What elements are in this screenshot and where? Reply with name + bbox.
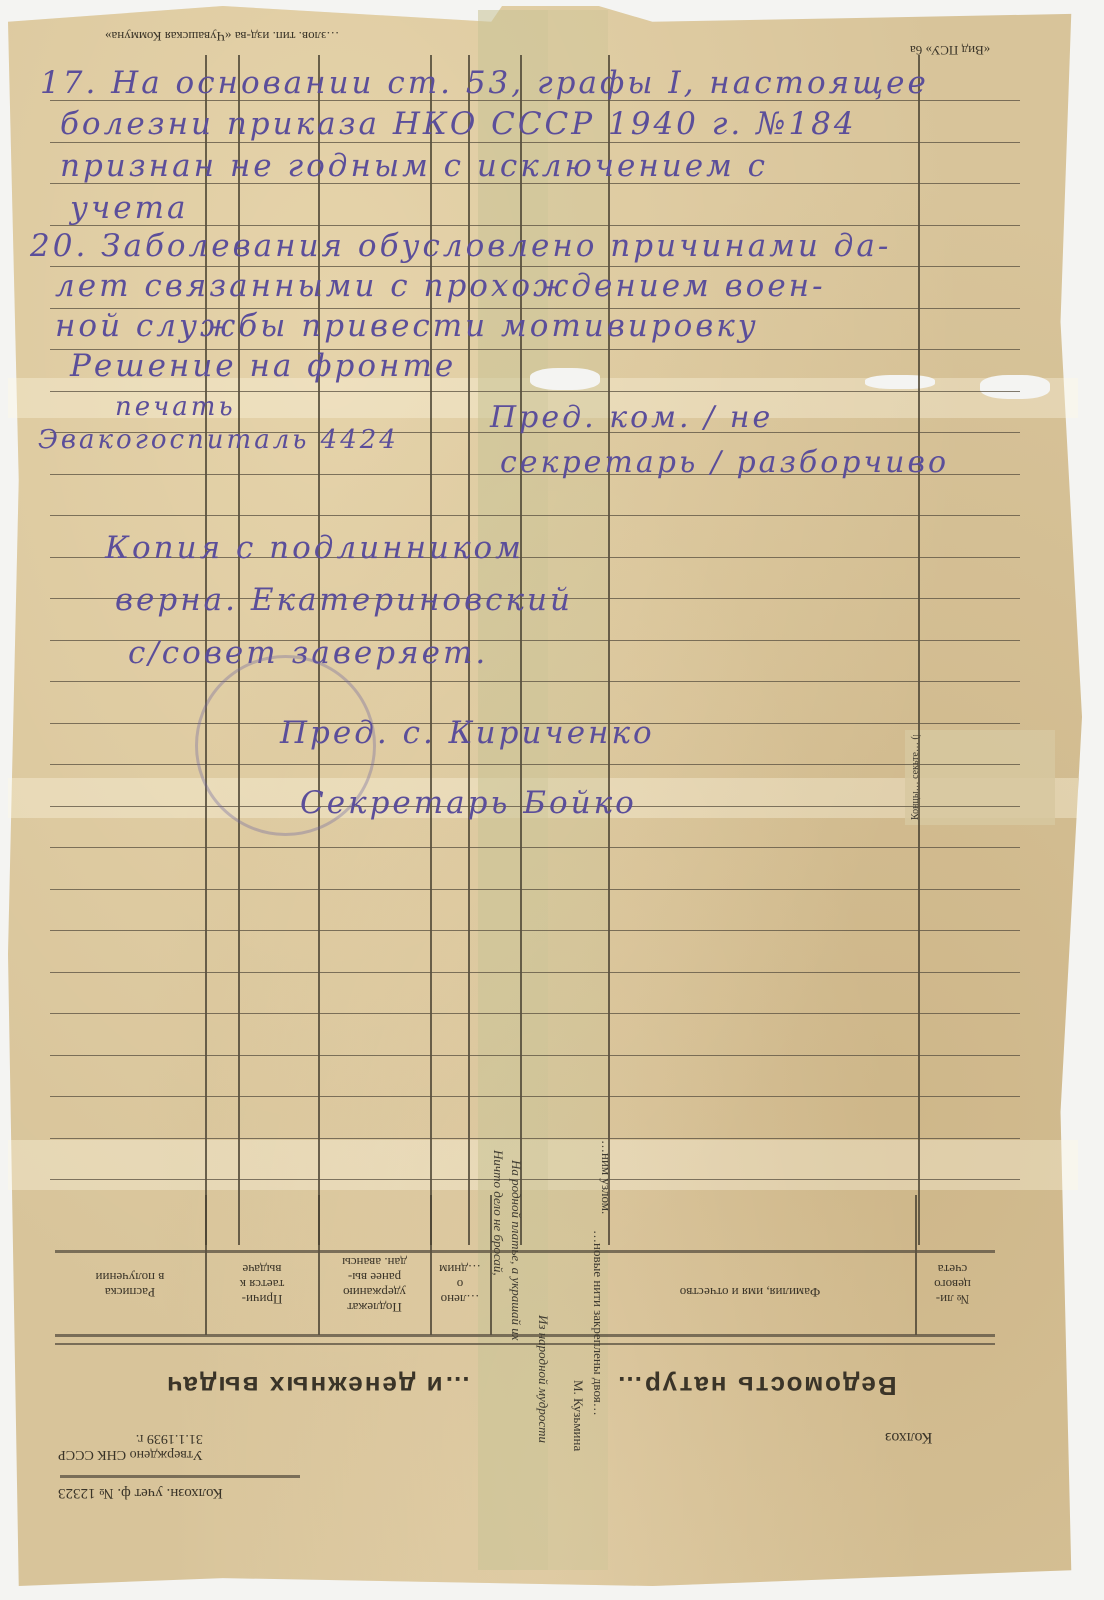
handwritten-line: 17. На основании ст. 53, графы I, настоя… — [40, 65, 929, 101]
handwritten-line: лет связанными с прохождением воен- — [55, 268, 826, 304]
newspaper-strip: Из народной мудрости — [535, 1315, 551, 1443]
grid-row-line — [50, 764, 1020, 765]
handwritten-line: ной службы привести мотивировку — [55, 308, 759, 344]
grid-row-line — [50, 142, 1020, 143]
column-header-due: Причи- тается к выдаче — [212, 1262, 312, 1307]
grid-row-line — [50, 225, 1020, 226]
grid-row-line — [50, 930, 1020, 931]
grid-row-line — [50, 1138, 1020, 1139]
commission-secretary: секретарь / разборчиво — [500, 445, 949, 480]
grid-column-line — [918, 55, 920, 1245]
newspaper-strip: Ничто дело не бросай, — [490, 1150, 506, 1276]
approval-note: Утверждено СНК СССР 31.1.1939 г. — [58, 1430, 203, 1462]
printer-line: …злов. тип. изд-ва «Чувашская Коммуна» — [105, 28, 339, 44]
form-title-part2: …и денежных выдач — [165, 1370, 471, 1401]
grid-column-line — [318, 1195, 320, 1335]
column-header-account: № ли- цевого счета — [920, 1262, 985, 1307]
form-number: Колхозн. учет ф. № 12323 — [58, 1484, 223, 1501]
handwritten-line: 20. Заболевания обусловлено причинами да… — [30, 228, 891, 264]
grid-column-line — [915, 1195, 917, 1335]
secretary-signature: Секретарь Бойко — [300, 785, 637, 821]
grid-row-line — [50, 1055, 1020, 1056]
column-header-name: Фамилия, имя и отчество — [620, 1285, 880, 1300]
form-title-part1: Ведомость натур… — [615, 1370, 897, 1401]
grid-row-line — [50, 1013, 1020, 1014]
grid-row-line — [50, 1096, 1020, 1097]
paper-tear — [530, 368, 600, 390]
grid-column-line — [430, 1195, 432, 1335]
column-header-receipt: Расписка в получении — [60, 1270, 200, 1300]
chair-signature: Пред. с. Кириченко — [280, 715, 655, 751]
newspaper-strip: На родной платье, а украшай их — [508, 1160, 524, 1341]
grid-row-line — [50, 515, 1020, 516]
column-header-advances: Подлежат удержанию ранее вы- дан. авансы — [322, 1255, 427, 1315]
grid-row-line — [50, 266, 1020, 267]
handwritten-line: признан не годным с исключением с — [60, 148, 768, 184]
newspaper-strip: …новые нити закреплены двоя… — [590, 1230, 606, 1416]
seal-note: печать — [115, 392, 236, 422]
grid-row-line — [50, 1179, 1020, 1180]
grid-row-line — [50, 972, 1020, 973]
grid-row-line — [50, 847, 1020, 848]
newspaper-strip: …ним узлом. — [598, 1140, 614, 1214]
copy-note-line: верна. Екатериновский — [115, 582, 573, 618]
handwritten-line: Решение на фронте — [70, 348, 456, 384]
grid-column-line — [205, 1195, 207, 1335]
newspaper-strip: М. Кузьмина — [570, 1380, 586, 1451]
handwritten-line: учета — [70, 190, 189, 226]
grid-row-line — [50, 681, 1020, 682]
column-header-partial: …лено о …дним — [435, 1262, 485, 1307]
handwritten-line: болезни приказа НКО СССР 1940 г. №184 — [60, 106, 857, 142]
commission-chair: Пред. ком. / не — [490, 400, 773, 435]
hospital-number: Эвакогоспиталь 4424 — [38, 425, 399, 455]
form-code: «Вид ПСУ» 6а — [910, 42, 990, 58]
grid-row-line — [50, 889, 1020, 890]
paper-tear — [865, 375, 935, 389]
kolkhoz-label: Колхоз — [885, 1428, 932, 1446]
copy-note-line: Копия с подлинником — [105, 530, 524, 566]
newspaper-patch-text: Концы… секьте… (рис. 1). …сы концы… клес… — [910, 735, 1050, 820]
paper-tear — [980, 375, 1050, 399]
